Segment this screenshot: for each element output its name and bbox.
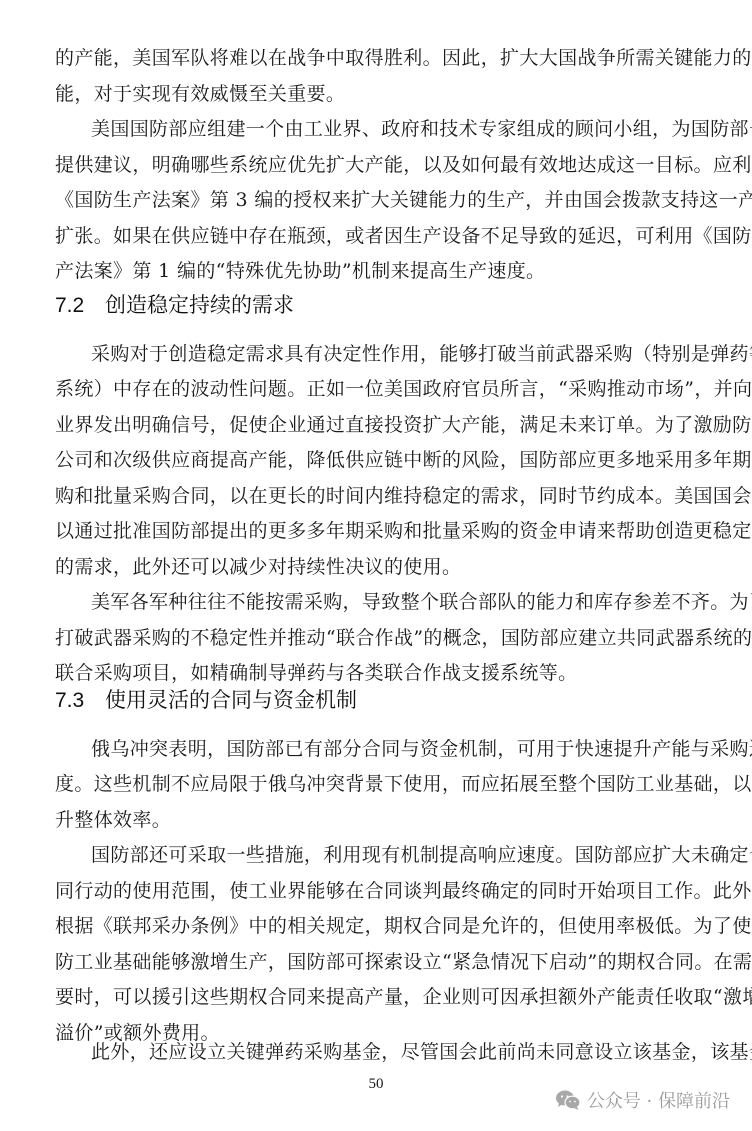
wechat-icon [555, 1089, 581, 1111]
text-line: 以通过批准国防部提出的更多多年期采购和批量采购的资金申请来帮助创造更稳定 [55, 519, 700, 543]
text-line: 国防部还可采取一些措施，利用现有机制提高响应速度。国防部应扩大未确定合 [91, 843, 700, 867]
text-line: 公司和次级供应商提高产能，降低供应链中断的风险，国防部应更多地采用多年期采 [55, 448, 700, 472]
text-line: 美国国防部应组建一个由工业界、政府和技术专家组成的顾问小组，为国防部长 [91, 117, 700, 141]
watermark-text: 公众号 · 保障前沿 [587, 1087, 730, 1113]
text-line: 此外，还应设立关键弹药采购基金，尽管国会此前尚未同意设立该基金，该基金 [91, 1040, 700, 1064]
section-title: 创造稳定持续的需求 [105, 293, 294, 317]
section-heading-7-2: 7.2创造稳定持续的需求 [55, 291, 294, 320]
text-line: 根据《联邦采办条例》中的相关规定，期权合同是允许的，但使用率极低。为了使国 [55, 914, 700, 938]
text-line: 防工业基础能够激增生产，国防部可探索设立“紧急情况下启动”的期权合同。在需 [55, 950, 700, 974]
text-line: 产法案》第 1 编的“特殊优先协助”机制来提高生产速度。 [55, 259, 700, 283]
section-number: 7.3 [55, 687, 105, 715]
text-line: 能，对于实现有效威慑至关重要。 [55, 82, 700, 106]
document-page: 的产能，美国军队将难以在战争中取得胜利。因此，扩大大国战争所需关键能力的产能，对… [0, 0, 752, 1131]
text-line: 俄乌冲突表明，国防部已有部分合同与资金机制，可用于快速提升产能与采购速 [91, 737, 700, 761]
text-line: 系统）中存在的波动性问题。正如一位美国政府官员所言，“采购推动市场”，并向工 [55, 377, 700, 401]
text-line: 度。这些机制不应局限于俄乌冲突背景下使用，而应拓展至整个国防工业基础，以提 [55, 772, 700, 796]
text-line: 升整体效率。 [55, 808, 700, 832]
text-line: 购和批量采购合同，以在更长的时间内维持稳定的需求，同时节约成本。美国国会可 [55, 484, 700, 508]
text-line: 扩张。如果在供应链中存在瓶颈，或者因生产设备不足导致的延迟，可利用《国防生 [55, 224, 700, 248]
text-line: 业界发出明确信号，促使企业通过直接投资扩大产能，满足未来订单。为了激励防务 [55, 413, 700, 437]
section-number: 7.2 [55, 292, 105, 320]
text-line: 采购对于创造稳定需求具有决定性作用，能够打破当前武器采购（特别是弹药等 [91, 342, 700, 366]
text-line: 同行动的使用范围，使工业界能够在合同谈判最终确定的同时开始项目工作。此外， [55, 879, 700, 903]
section-heading-7-3: 7.3使用灵活的合同与资金机制 [55, 686, 357, 715]
text-line: 联合采购项目，如精确制导弹药与各类联合作战支援系统等。 [55, 661, 700, 685]
watermark: 公众号 · 保障前沿 [555, 1087, 730, 1113]
text-line: 的产能，美国军队将难以在战争中取得胜利。因此，扩大大国战争所需关键能力的产 [55, 46, 700, 70]
text-line: 《国防生产法案》第 3 编的授权来扩大关键能力的生产，并由国会拨款支持这一产能 [55, 188, 700, 212]
text-line: 要时，可以援引这些期权合同来提高产量，企业则可因承担额外产能责任收取“激增 [55, 985, 700, 1009]
text-line: 打破武器采购的不稳定性并推动“联合作战”的概念，国防部应建立共同武器系统的 [55, 626, 700, 650]
text-line: 提供建议，明确哪些系统应优先扩大产能，以及如何最有效地达成这一目标。应利用 [55, 153, 700, 177]
section-title: 使用灵活的合同与资金机制 [105, 688, 357, 712]
text-line: 美军各军种往往不能按需采购，导致整个联合部队的能力和库存参差不齐。为了 [91, 590, 700, 614]
text-line: 的需求，此外还可以减少对持续性决议的使用。 [55, 555, 700, 579]
